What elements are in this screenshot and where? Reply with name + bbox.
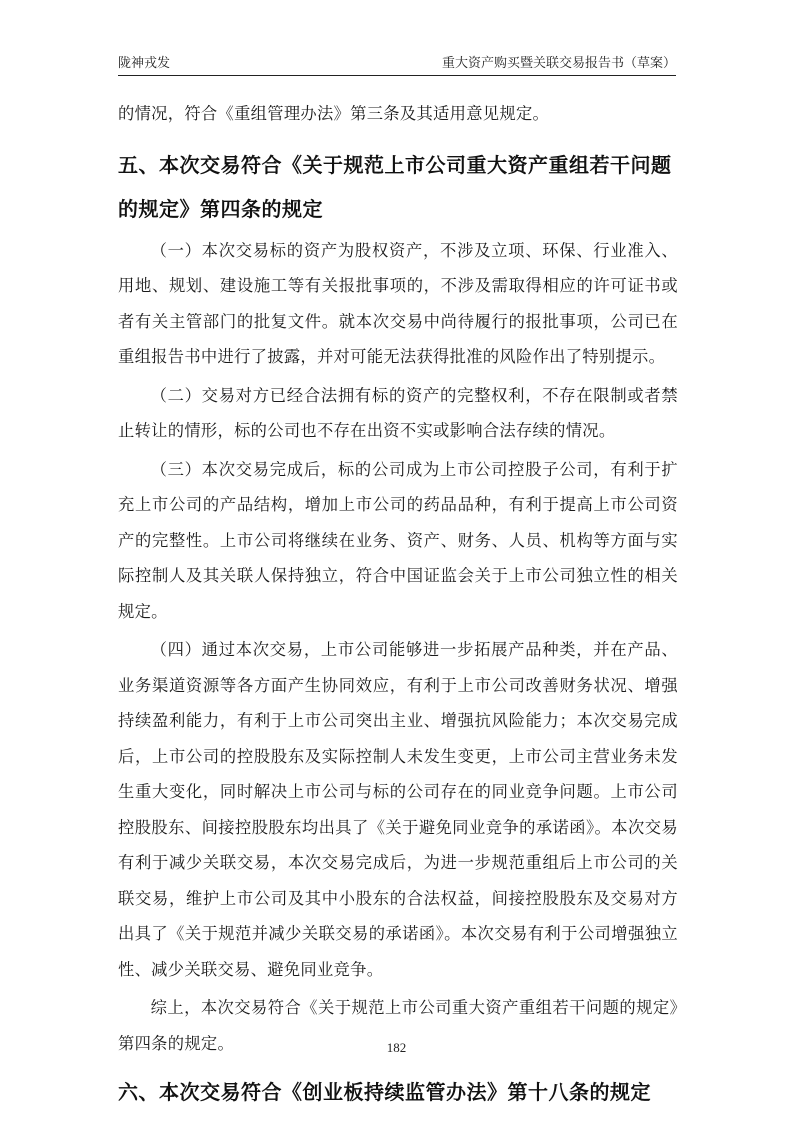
header-document-title: 重大资产购买暨关联交易报告书（草案） [442, 55, 676, 73]
section-6-heading: 六、本次交易符合《创业板持续监管办法》第十八条的规定 [118, 1070, 678, 1114]
section-5-heading-line-2: 的规定》第四条的规定 [118, 197, 323, 221]
continued-paragraph: 的情况，符合《重组管理办法》第三条及其适用意见规定。 [118, 96, 678, 132]
section-5-heading-line-1: 五、本次交易符合《关于规范上市公司重大资产重组若干问题 [118, 153, 672, 177]
section-5-paragraph-2: （二）交易对方已经合法拥有标的资产的完整权利，不存在限制或者禁止转让的情形，标的… [118, 378, 678, 449]
page-content: 的情况，符合《重组管理办法》第三条及其适用意见规定。 五、本次交易符合《关于规范… [118, 96, 678, 1114]
section-5-paragraph-4: （四）通过本次交易，上市公司能够进一步拓展产品种类，并在产品、业务渠道资源等各方… [118, 632, 678, 987]
section-5-paragraph-3: （三）本次交易完成后，标的公司成为上市公司控股子公司，有利于扩充上市公司的产品结… [118, 452, 678, 630]
section-5-paragraph-1: （一）本次交易标的资产为股权资产，不涉及立项、环保、行业准入、用地、规划、建设施… [118, 233, 678, 375]
page-number: 182 [0, 1040, 793, 1056]
section-5-heading: 五、本次交易符合《关于规范上市公司重大资产重组若干问题 的规定》第四条的规定 [118, 143, 678, 231]
header-company-name: 陇神戎发 [118, 55, 170, 73]
document-page: 陇神戎发 重大资产购买暨关联交易报告书（草案） 的情况，符合《重组管理办法》第三… [0, 0, 793, 1122]
running-header: 陇神戎发 重大资产购买暨关联交易报告书（草案） [118, 53, 676, 76]
